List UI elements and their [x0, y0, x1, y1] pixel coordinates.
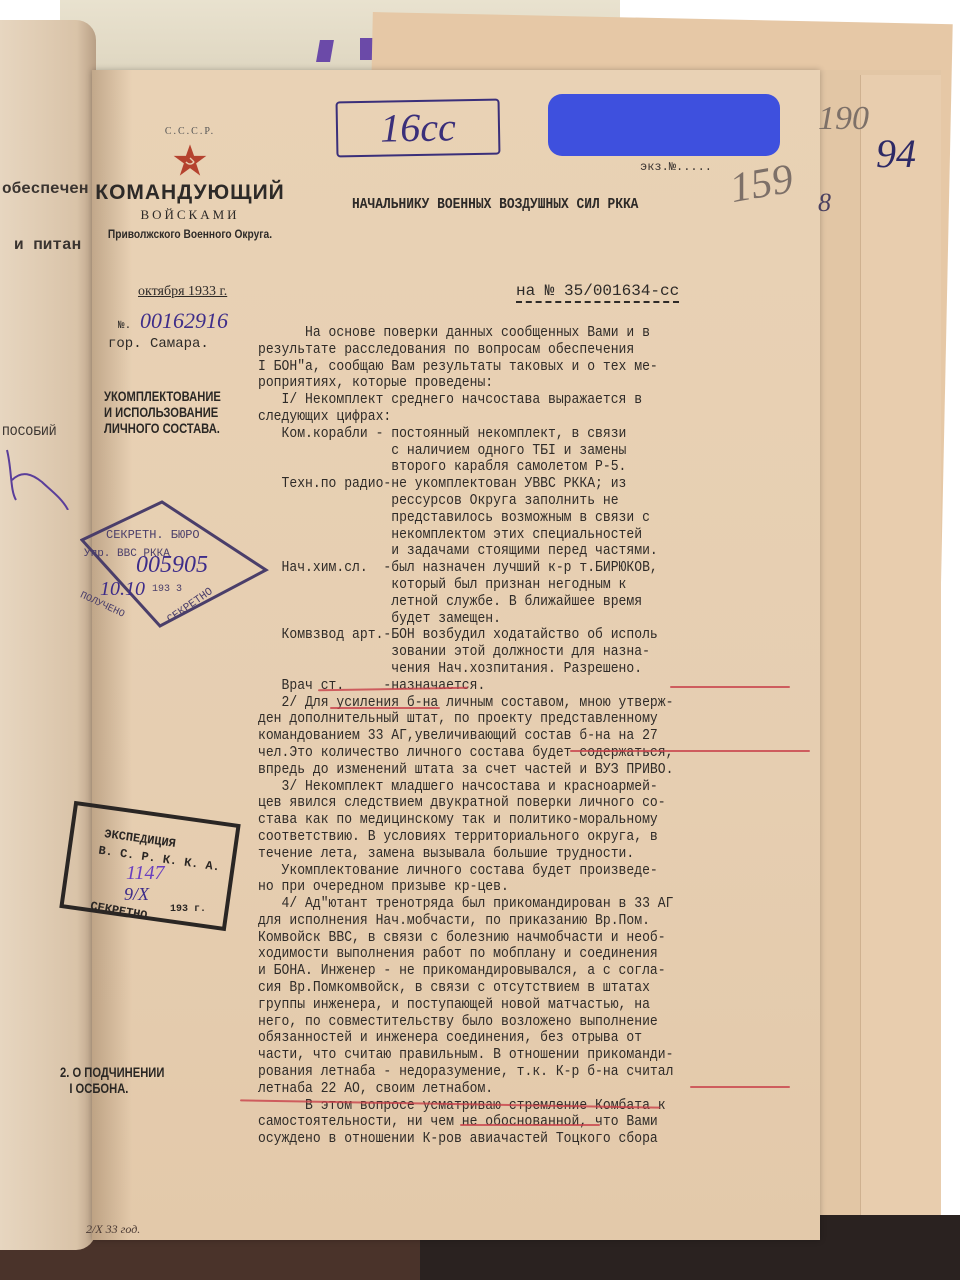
left-page-fragment: ПОСОБИЙ: [2, 424, 57, 439]
red-underline: [570, 750, 810, 752]
red-underline: [670, 686, 790, 688]
letterhead-title: КОМАНДУЮЩИЙ: [90, 181, 290, 205]
stamp-handwritten-number: 1147: [126, 862, 165, 885]
copy-number: экз.№.....: [640, 160, 712, 174]
reg-number: 00162916: [140, 308, 228, 334]
signature-scribble-icon: [2, 440, 72, 510]
handwritten-boxed-number: 16cc: [336, 99, 501, 158]
stamp-handwritten-number: 005905: [136, 552, 208, 579]
reference-number: на № 35/001634-сс: [516, 282, 679, 303]
red-underline: [460, 1124, 600, 1126]
letterhead-subtitle: ВОЙСКАМИ: [90, 207, 290, 223]
side-heading-subordination: 2. О ПОДЧИНЕНИИ I ОСБОНА.: [60, 1064, 164, 1096]
stamp-text: СЕКРЕТН. БЮРО: [106, 528, 200, 542]
left-page-fragment: и питан: [14, 236, 81, 254]
right-stack-sheet: [860, 75, 941, 1235]
red-star-icon: [173, 143, 207, 177]
city: гор. Самара.: [108, 336, 209, 352]
addressee: НАЧАЛЬНИКУ ВОЕННЫХ ВОЗДУШНЫХ СИЛ РККА: [352, 196, 638, 213]
document-date: октября 1933 г.: [138, 284, 227, 300]
country-label: С.С.С.Р.: [90, 126, 290, 137]
stamp-text: 193 г.: [170, 904, 206, 915]
reg-number-label: №.: [118, 320, 131, 332]
ink-page-number-right: 94: [876, 130, 916, 177]
stamp-handwritten-date: 10.10: [100, 578, 145, 601]
side-heading-staffing: УКОМПЛЕКТОВАНИЕ И ИСПОЛЬЗОВАНИЕ ЛИЧНОГО …: [104, 388, 221, 436]
bottom-handwritten-note: 2/X 33 год.: [86, 1222, 140, 1237]
district-name: Приволжского Военного Округа.: [105, 227, 275, 241]
ink-page-number-right: 8: [818, 188, 831, 218]
stamp-text: 193 3: [152, 584, 182, 595]
stamp-handwritten-date: 9/X: [124, 884, 149, 905]
red-underline: [330, 707, 440, 709]
left-page-fragment: обеспечен: [2, 180, 88, 198]
redaction-block: [548, 94, 780, 156]
letterhead: С.С.С.Р. КОМАНДУЮЩИЙ ВОЙСКАМИ Приволжско…: [90, 126, 290, 241]
letter-body: На основе поверки данных сообщенных Вами…: [258, 324, 740, 1147]
pencil-page-number-right: 190: [818, 100, 869, 138]
red-underline: [690, 1086, 790, 1088]
